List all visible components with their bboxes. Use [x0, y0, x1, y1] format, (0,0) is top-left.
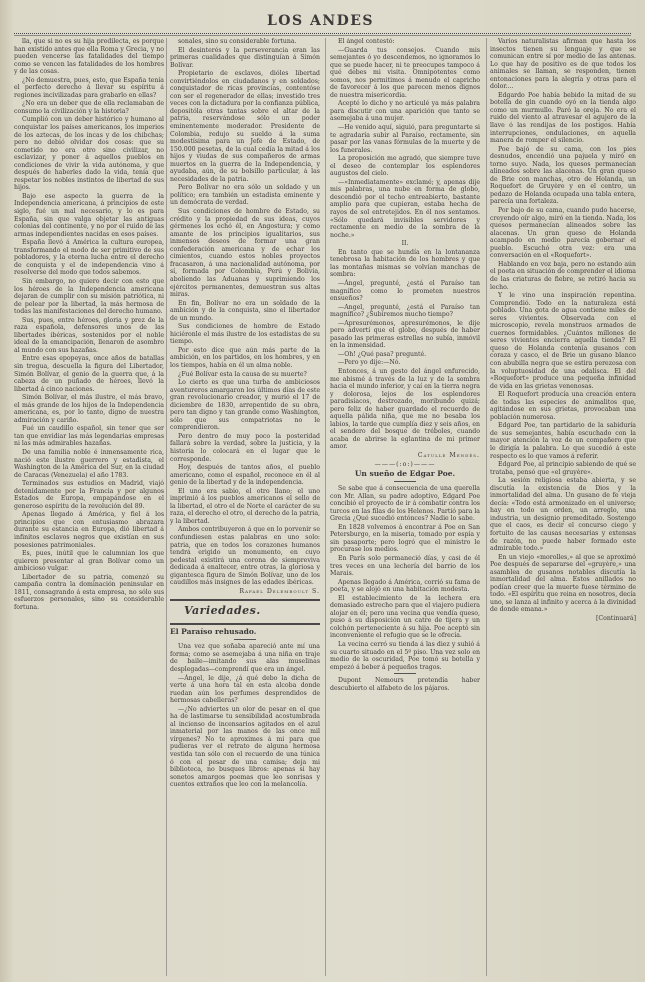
paragraph: Simón Bolívar, el más ilustre, el más br…	[14, 394, 164, 424]
story-title: Un sueño de Edgar Poe.	[330, 469, 480, 479]
paragraph: —Ángel, pregunté, ¿está el Paraíso tan m…	[330, 280, 480, 303]
paragraph: Cumplió con un deber histórico y humano …	[14, 116, 164, 191]
paragraph: En París solo permaneció días, y casi de…	[330, 555, 480, 578]
paragraph: lla, que si no es su hija predilecta, es…	[14, 38, 164, 76]
paragraph: El uno era sabio, el otro llano; el uno …	[170, 488, 320, 526]
paragraph: Apenas llegado á América, corrió su fama…	[330, 579, 480, 594]
story-title: El Paraíso rehusado.	[170, 627, 320, 637]
masthead-rule	[14, 33, 631, 34]
continued-notice: [Continuará]	[490, 615, 636, 623]
paragraph: Se sabe que á consecuencia de una querel…	[330, 485, 480, 523]
paragraph: El establecimiento de la lechera era dem…	[330, 595, 480, 640]
paragraph: —Guarda tus consejos. Cuando mis semejan…	[330, 47, 480, 100]
column-2: sonales, sino su considerable fortuna. E…	[170, 38, 320, 978]
chapter-number: II.	[330, 240, 480, 248]
paragraph: Sus, pues, entre héroes, gloria y prez d…	[14, 317, 164, 355]
paragraph: En un viejo «morolles,» al que se aproxi…	[490, 554, 636, 614]
paragraph: —Pero yo dije:—Nó.	[330, 359, 480, 367]
paragraph: Dupont Nemours pretendía haber descubier…	[330, 677, 480, 692]
paragraph: Y le vino una inspiración repentina. Com…	[490, 292, 636, 390]
paragraph: Pero Bolívar no era sólo un soldado y un…	[170, 184, 320, 207]
title-rule	[394, 481, 416, 482]
title-rule	[234, 639, 256, 640]
paragraph: Una vez que soñaba apareció ante mí una …	[170, 643, 320, 673]
paragraph: sonales, sino su considerable fortuna.	[170, 38, 320, 46]
paragraph: Por bajo de su cama, cuando pudo hacerse…	[490, 207, 636, 260]
paragraph: Propietario de esclavos, dióles libertad…	[170, 70, 320, 183]
paragraph: El ángel contestó:	[330, 38, 480, 46]
paragraph: En 1828 volvemos á encontrar á Poe en Sa…	[330, 524, 480, 554]
column-divider	[166, 38, 167, 976]
ornament-divider: ———(:o:)———	[330, 461, 480, 469]
paragraph: Lo cierto es que una turba de ambiciosos…	[170, 379, 320, 432]
paragraph: Terminados sus estudios en Madrid, viajó…	[14, 480, 164, 510]
newspaper-title: LOS ANDES	[267, 13, 374, 29]
paragraph: Pero dentro de muy poco la posteridad fa…	[170, 433, 320, 463]
paragraph: Bajo ese aspecto la guerra de la Indepen…	[14, 193, 164, 238]
paragraph: De una familia noble é inmensamente rica…	[14, 449, 164, 479]
paragraph: Apenas llegado á América, y fiel á los p…	[14, 511, 164, 549]
paragraph: Por esto dice que aún más parte de la am…	[170, 347, 320, 370]
paragraph: El Roquefort producía una creación enter…	[490, 391, 636, 421]
column-4: Varios naturalistas afirman que hasta lo…	[490, 38, 636, 978]
paragraph: Hoy, después de tantos años, el pueblo a…	[170, 464, 320, 487]
paragraph: Edgard Poe, al principio sabiendo de qué…	[490, 461, 636, 476]
paragraph: —Oh! ¿Qué pasa? pregunté.	[330, 351, 480, 359]
paragraph: La proposición me agradó, que siempre tu…	[330, 155, 480, 178]
section-title-variedades: Variedades.	[184, 603, 320, 619]
paragraph: Varios naturalistas afirman que hasta lo…	[490, 38, 636, 91]
column-3: El ángel contestó: —Guarda tus consejos.…	[330, 38, 480, 978]
column-1-bolivar-article: lla, que si no es su hija predilecta, es…	[14, 38, 164, 978]
paragraph: —«Inmediatamente» exclamé; y, apenas dij…	[330, 179, 480, 239]
paragraph: España llevó á América la cultura europe…	[14, 239, 164, 277]
paragraph: ¿No era un deber que de ella reclamaban …	[14, 100, 164, 115]
paragraph: Sus condiciones de hombre de Estado hici…	[170, 323, 320, 346]
paragraph: Poe bajó de su cama, con los pies desnud…	[490, 146, 636, 206]
paragraph: —Angel, pregunté, ¿está el Paraíso tan m…	[330, 304, 480, 319]
paragraph: La vecina cerró su tienda á las diez y s…	[330, 641, 480, 671]
paragraph: Entonces, á un gesto del ángel enfurecid…	[330, 368, 480, 451]
paragraph: Acepté lo dicho y no articulé ya más pal…	[330, 100, 480, 123]
paragraph: Es, pues, inútil que le calumnian los qu…	[14, 550, 164, 573]
newspaper-page: LOS ANDES lla, que si no es su hija pred…	[0, 0, 645, 982]
paragraph: Hablando en voz baja, pero no estando aú…	[490, 261, 636, 291]
paragraph: Libertador de su patria, comenzó su camp…	[14, 574, 164, 612]
paragraph: —¿No adviertes un olor de pesar en el qu…	[170, 706, 320, 789]
column-divider	[325, 38, 326, 976]
section-divider	[170, 623, 320, 625]
paragraph: Entre esas epopeyas, once años de batall…	[14, 355, 164, 393]
paragraph-rule	[394, 673, 416, 674]
paragraph: Sus condiciones de hombre de Estado, su …	[170, 208, 320, 299]
paragraph: Ambos contribuyeron á que en lo porvenir…	[170, 526, 320, 586]
paragraph: En fin, Bolívar no era un soldado de la …	[170, 300, 320, 323]
column-divider	[486, 38, 487, 976]
paragraph: Sin embargo, no quiero decir con esto qu…	[14, 278, 164, 316]
section-divider	[170, 599, 320, 601]
paragraph: ¿No demuestra, pues, esto, que España te…	[14, 77, 164, 100]
masthead: LOS ANDES	[0, 4, 645, 30]
paragraph: ¿Fué Bolívar esta la causa de su muerte?	[170, 371, 320, 379]
paragraph: —Apresurémonos, apresurémonos, le dije p…	[330, 320, 480, 350]
paragraph: Edgardo Poe había bebido la mitad de su …	[490, 92, 636, 145]
paragraph: Fué un caudillo español, sin tener que s…	[14, 425, 164, 448]
paragraph: —Ángel, le dije, ¿á qué debo la dicha de…	[170, 675, 320, 705]
author-signature: Catulle Mendès.	[330, 452, 480, 460]
paragraph: La sesión religiosa estaba abierta, y se…	[490, 477, 636, 552]
paragraph: Edgard Poe, tan partidario de la sabidur…	[490, 422, 636, 460]
paragraph: En tanto que se hundía en la lontananza …	[330, 249, 480, 279]
author-signature: Rafael Delemboult S.	[170, 588, 320, 596]
masthead-rule-line	[14, 35, 631, 36]
paragraph: —He venido aquí, siguió, para preguntart…	[330, 124, 480, 154]
paragraph: El desinterés y la perseverancia eran la…	[170, 47, 320, 70]
